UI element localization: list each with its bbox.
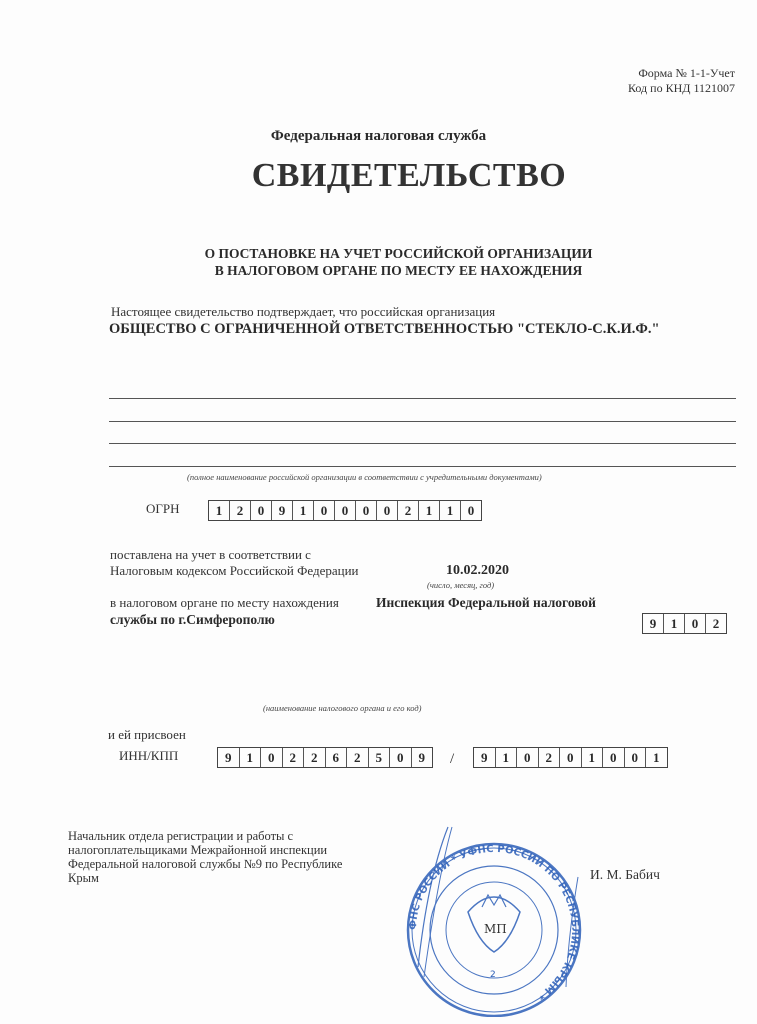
inn-digit: 0	[261, 748, 283, 767]
form-number: Форма № 1-1-Учет	[628, 66, 735, 81]
ogrn-digit: 0	[356, 501, 377, 520]
date-caption: (число, месяц, год)	[427, 580, 494, 590]
signatory-position: Начальник отдела регистрации и работы с …	[68, 829, 342, 885]
kpp-digit: 0	[603, 748, 625, 767]
tax-authority-code-boxes: 9102	[642, 613, 727, 634]
subtitle-line-1: О ПОСТАНОВКЕ НА УЧЕТ РОССИЙСКОЙ ОРГАНИЗА…	[0, 245, 757, 262]
blank-line	[109, 398, 736, 399]
assigned-label: и ей присвоен	[108, 727, 186, 743]
tax-authority-name-1: Инспекция Федеральной налоговой	[376, 595, 596, 611]
ogrn-digit: 0	[377, 501, 398, 520]
agency-name: Федеральная налоговая служба	[0, 128, 757, 145]
ogrn-digit: 0	[335, 501, 356, 520]
ogrn-boxes: 1209100002110	[208, 500, 482, 521]
kpp-digit: 1	[646, 748, 667, 767]
tax-code-digit: 9	[643, 614, 664, 633]
tax-authority-name-2: службы по г.Симферополю	[110, 612, 275, 628]
ogrn-digit: 1	[209, 501, 230, 520]
tax-code-digit: 0	[685, 614, 706, 633]
inn-digit: 5	[369, 748, 391, 767]
tax-authority-caption: (наименование налогового органа и его ко…	[263, 703, 422, 713]
inn-kpp-separator: /	[450, 751, 454, 768]
tax-code-digit: 2	[706, 614, 726, 633]
kpp-digit: 0	[625, 748, 647, 767]
registration-date: 10.02.2020	[446, 563, 509, 579]
kpp-digit: 1	[496, 748, 518, 767]
tax-code-digit: 1	[664, 614, 685, 633]
blank-line	[109, 466, 736, 467]
ogrn-label: ОГРН	[146, 501, 180, 517]
inn-digit: 0	[390, 748, 412, 767]
registration-line-2: Налоговым кодексом Российской Федерации	[110, 563, 359, 579]
inn-digit: 2	[283, 748, 305, 767]
inn-digit: 9	[412, 748, 433, 767]
knd-code: Код по КНД 1121007	[628, 81, 735, 96]
ogrn-digit: 1	[419, 501, 440, 520]
inn-digit: 6	[326, 748, 348, 767]
kpp-boxes: 910201001	[473, 747, 668, 768]
inn-digit: 9	[218, 748, 240, 767]
registration-line-3: в налоговом органе по месту нахождения	[110, 595, 339, 611]
svg-text:МП: МП	[484, 922, 507, 936]
svg-text:2: 2	[490, 970, 496, 980]
position-line-3: Федеральной налоговой службы №9 по Респу…	[68, 857, 342, 871]
blank-line	[109, 443, 736, 444]
organization-name: ОБЩЕСТВО С ОГРАНИЧЕННОЙ ОТВЕТСТВЕННОСТЬЮ…	[109, 321, 660, 338]
kpp-digit: 2	[539, 748, 561, 767]
position-line-2: налогоплательщиками Межрайонной инспекци…	[68, 843, 342, 857]
document-title: СВИДЕТЕЛЬСТВО	[0, 157, 757, 195]
full-name-caption: (полное наименование российской организа…	[187, 472, 542, 482]
signatory-name: И. М. Бабич	[590, 867, 660, 883]
ogrn-digit: 1	[293, 501, 314, 520]
intro-text: Настоящее свидетельство подтверждает, чт…	[111, 304, 495, 320]
document-subtitle: О ПОСТАНОВКЕ НА УЧЕТ РОССИЙСКОЙ ОРГАНИЗА…	[0, 245, 757, 279]
ogrn-digit: 0	[251, 501, 272, 520]
form-reference: Форма № 1-1-Учет Код по КНД 1121007	[628, 66, 735, 96]
subtitle-line-2: В НАЛОГОВОМ ОРГАНЕ ПО МЕСТУ ЕЕ НАХОЖДЕНИ…	[0, 262, 757, 279]
ogrn-digit: 2	[230, 501, 251, 520]
inn-boxes: 9102262509	[217, 747, 433, 768]
ogrn-digit: 0	[314, 501, 335, 520]
kpp-digit: 9	[474, 748, 496, 767]
ogrn-digit: 2	[398, 501, 419, 520]
inn-digit: 2	[304, 748, 326, 767]
inn-digit: 2	[347, 748, 369, 767]
position-line-1: Начальник отдела регистрации и работы с	[68, 829, 342, 843]
blank-line	[109, 421, 736, 422]
inn-kpp-label: ИНН/КПП	[119, 748, 178, 764]
kpp-digit: 0	[517, 748, 539, 767]
registration-line-1: поставлена на учет в соответствии с	[110, 547, 311, 563]
kpp-digit: 0	[560, 748, 582, 767]
inn-digit: 1	[240, 748, 262, 767]
ogrn-digit: 9	[272, 501, 293, 520]
kpp-digit: 1	[582, 748, 604, 767]
ogrn-digit: 1	[440, 501, 461, 520]
official-seal-icon: ФНС РОССИИ * УФНС РОССИИ ПО РЕСПУБЛИКЕ К…	[398, 817, 590, 1017]
ogrn-digit: 0	[461, 501, 481, 520]
position-line-4: Крым	[68, 871, 342, 885]
